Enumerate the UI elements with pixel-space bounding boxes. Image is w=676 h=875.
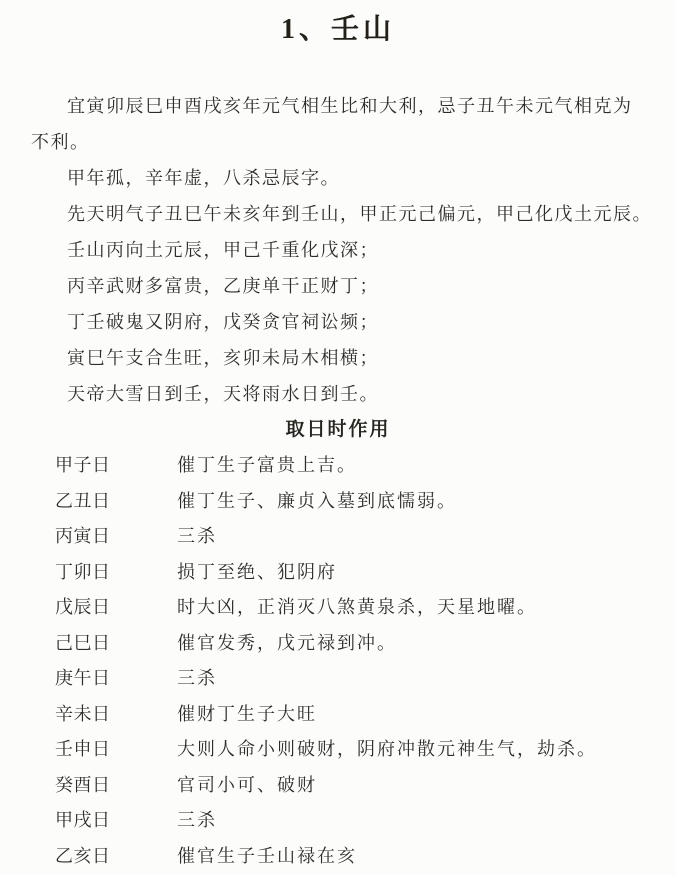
day-cell: 己巳日: [55, 626, 177, 662]
effect-cell: 时大凶，正消灭八煞黄泉杀，天星地曜。: [177, 590, 650, 626]
effect-cell: 三杀: [177, 661, 650, 697]
verse-line: 天帝大雪日到壬，天将雨水日到壬。: [31, 376, 650, 412]
effect-cell: 催财丁生子大旺: [177, 697, 650, 733]
day-cell: 甲戌日: [55, 803, 177, 839]
table-row: 丙寅日 三杀: [31, 519, 650, 555]
effect-cell: 大则人命小则破财，阴府冲散元神生气，劫杀。: [177, 732, 650, 768]
day-cell: 丙寅日: [55, 519, 177, 555]
table-row: 辛未日 催财丁生子大旺: [31, 697, 650, 733]
effect-cell: 催官发秀，戊元禄到冲。: [177, 626, 650, 662]
paragraph-line: 宜寅卯辰巳申酉戌亥年元气相生比和大利，忌子丑午未元气相克为: [31, 88, 650, 124]
effect-cell: 官司小可、破财: [177, 768, 650, 804]
day-effect-table: 甲子日 催丁生子富贵上吉。 乙丑日 催丁生子、廉贞入墓到底懦弱。 丙寅日 三杀 …: [0, 448, 676, 874]
verse-line: 壬山丙向土元辰，甲己千重化戊深；: [31, 232, 650, 268]
table-row: 甲子日 催丁生子富贵上吉。: [31, 448, 650, 484]
effect-cell: 三杀: [177, 519, 650, 555]
scanned-document-page: 1、壬山 宜寅卯辰巳申酉戌亥年元气相生比和大利，忌子丑午未元气相克为 不利。 甲…: [0, 0, 676, 875]
day-cell: 庚午日: [55, 661, 177, 697]
effect-cell: 催官生子壬山禄在亥: [177, 839, 650, 875]
page-title: 1、壬山: [0, 12, 676, 48]
day-cell: 辛未日: [55, 697, 177, 733]
intro-text-block: 宜寅卯辰巳申酉戌亥年元气相生比和大利，忌子丑午未元气相克为 不利。 甲年孤，辛年…: [0, 88, 676, 412]
day-cell: 乙丑日: [55, 484, 177, 520]
paragraph-line: 先天明气子丑巳午未亥年到壬山，甲正元己偏元，甲己化戊土元辰。: [31, 196, 650, 232]
day-cell: 戊辰日: [55, 590, 177, 626]
effect-cell: 损丁至绝、犯阴府: [177, 555, 650, 591]
table-row: 甲戌日 三杀: [31, 803, 650, 839]
table-row: 癸酉日 官司小可、破财: [31, 768, 650, 804]
day-cell: 甲子日: [55, 448, 177, 484]
table-row: 壬申日 大则人命小则破财，阴府冲散元神生气，劫杀。: [31, 732, 650, 768]
verse-line: 寅巳午支合生旺，亥卯未局木相横；: [31, 340, 650, 376]
verse-line: 丙辛武财多富贵，乙庚单干正财丁；: [31, 268, 650, 304]
table-row: 戊辰日 时大凶，正消灭八煞黄泉杀，天星地曜。: [31, 590, 650, 626]
effect-cell: 三杀: [177, 803, 650, 839]
effect-cell: 催丁生子富贵上吉。: [177, 448, 650, 484]
day-cell: 丁卯日: [55, 555, 177, 591]
verse-line: 丁壬破鬼又阴府，戊癸贪官祠讼频；: [31, 304, 650, 340]
table-row: 己巳日 催官发秀，戊元禄到冲。: [31, 626, 650, 662]
day-cell: 壬申日: [55, 732, 177, 768]
table-row: 乙丑日 催丁生子、廉贞入墓到底懦弱。: [31, 484, 650, 520]
table-row: 丁卯日 损丁至绝、犯阴府: [31, 555, 650, 591]
day-cell: 癸酉日: [55, 768, 177, 804]
paragraph-line: 不利。: [31, 124, 650, 160]
day-cell: 乙亥日: [55, 839, 177, 875]
table-row: 庚午日 三杀: [31, 661, 650, 697]
section-heading: 取日时作用: [0, 412, 676, 448]
paragraph-line: 甲年孤，辛年虚，八杀忌辰字。: [31, 160, 650, 196]
effect-cell: 催丁生子、廉贞入墓到底懦弱。: [177, 484, 650, 520]
table-row: 乙亥日 催官生子壬山禄在亥: [31, 839, 650, 875]
